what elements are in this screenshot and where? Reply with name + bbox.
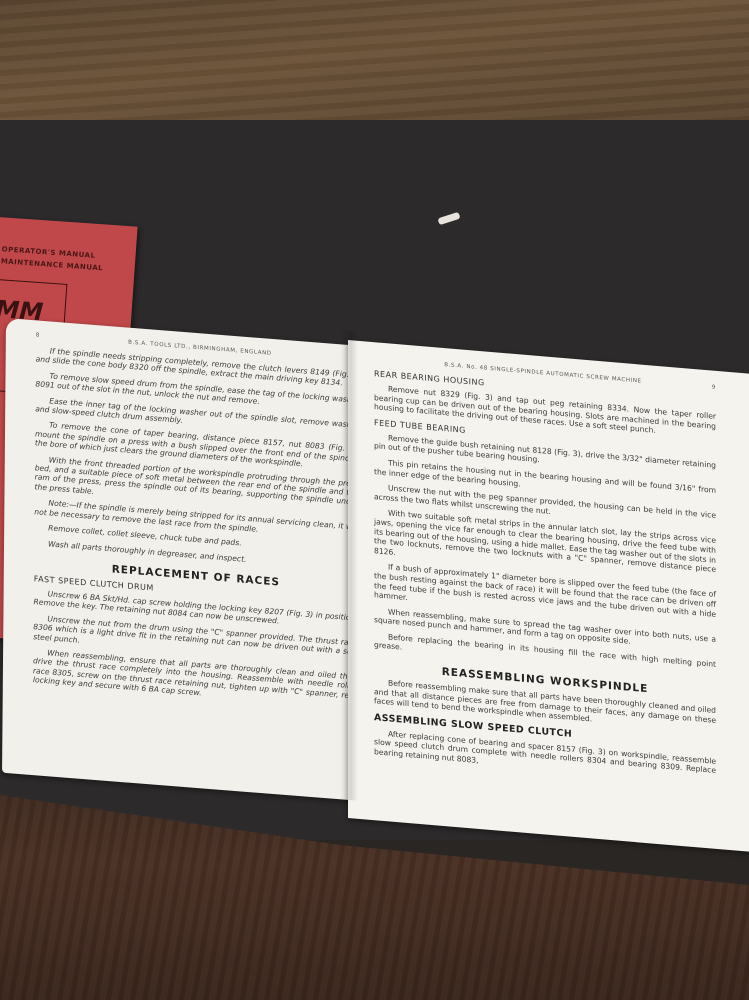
left-page: 8 B.S.A. TOOLS LTD., BIRMINGHAM, ENGLAND… — [2, 318, 374, 802]
cover-line-maintenance-manual: MAINTENANCE MANUAL — [1, 257, 104, 272]
right-page: B.S.A. No. 48 SINGLE-SPINDLE AUTOMATIC S… — [348, 340, 749, 852]
page-number: 9 — [712, 385, 716, 391]
